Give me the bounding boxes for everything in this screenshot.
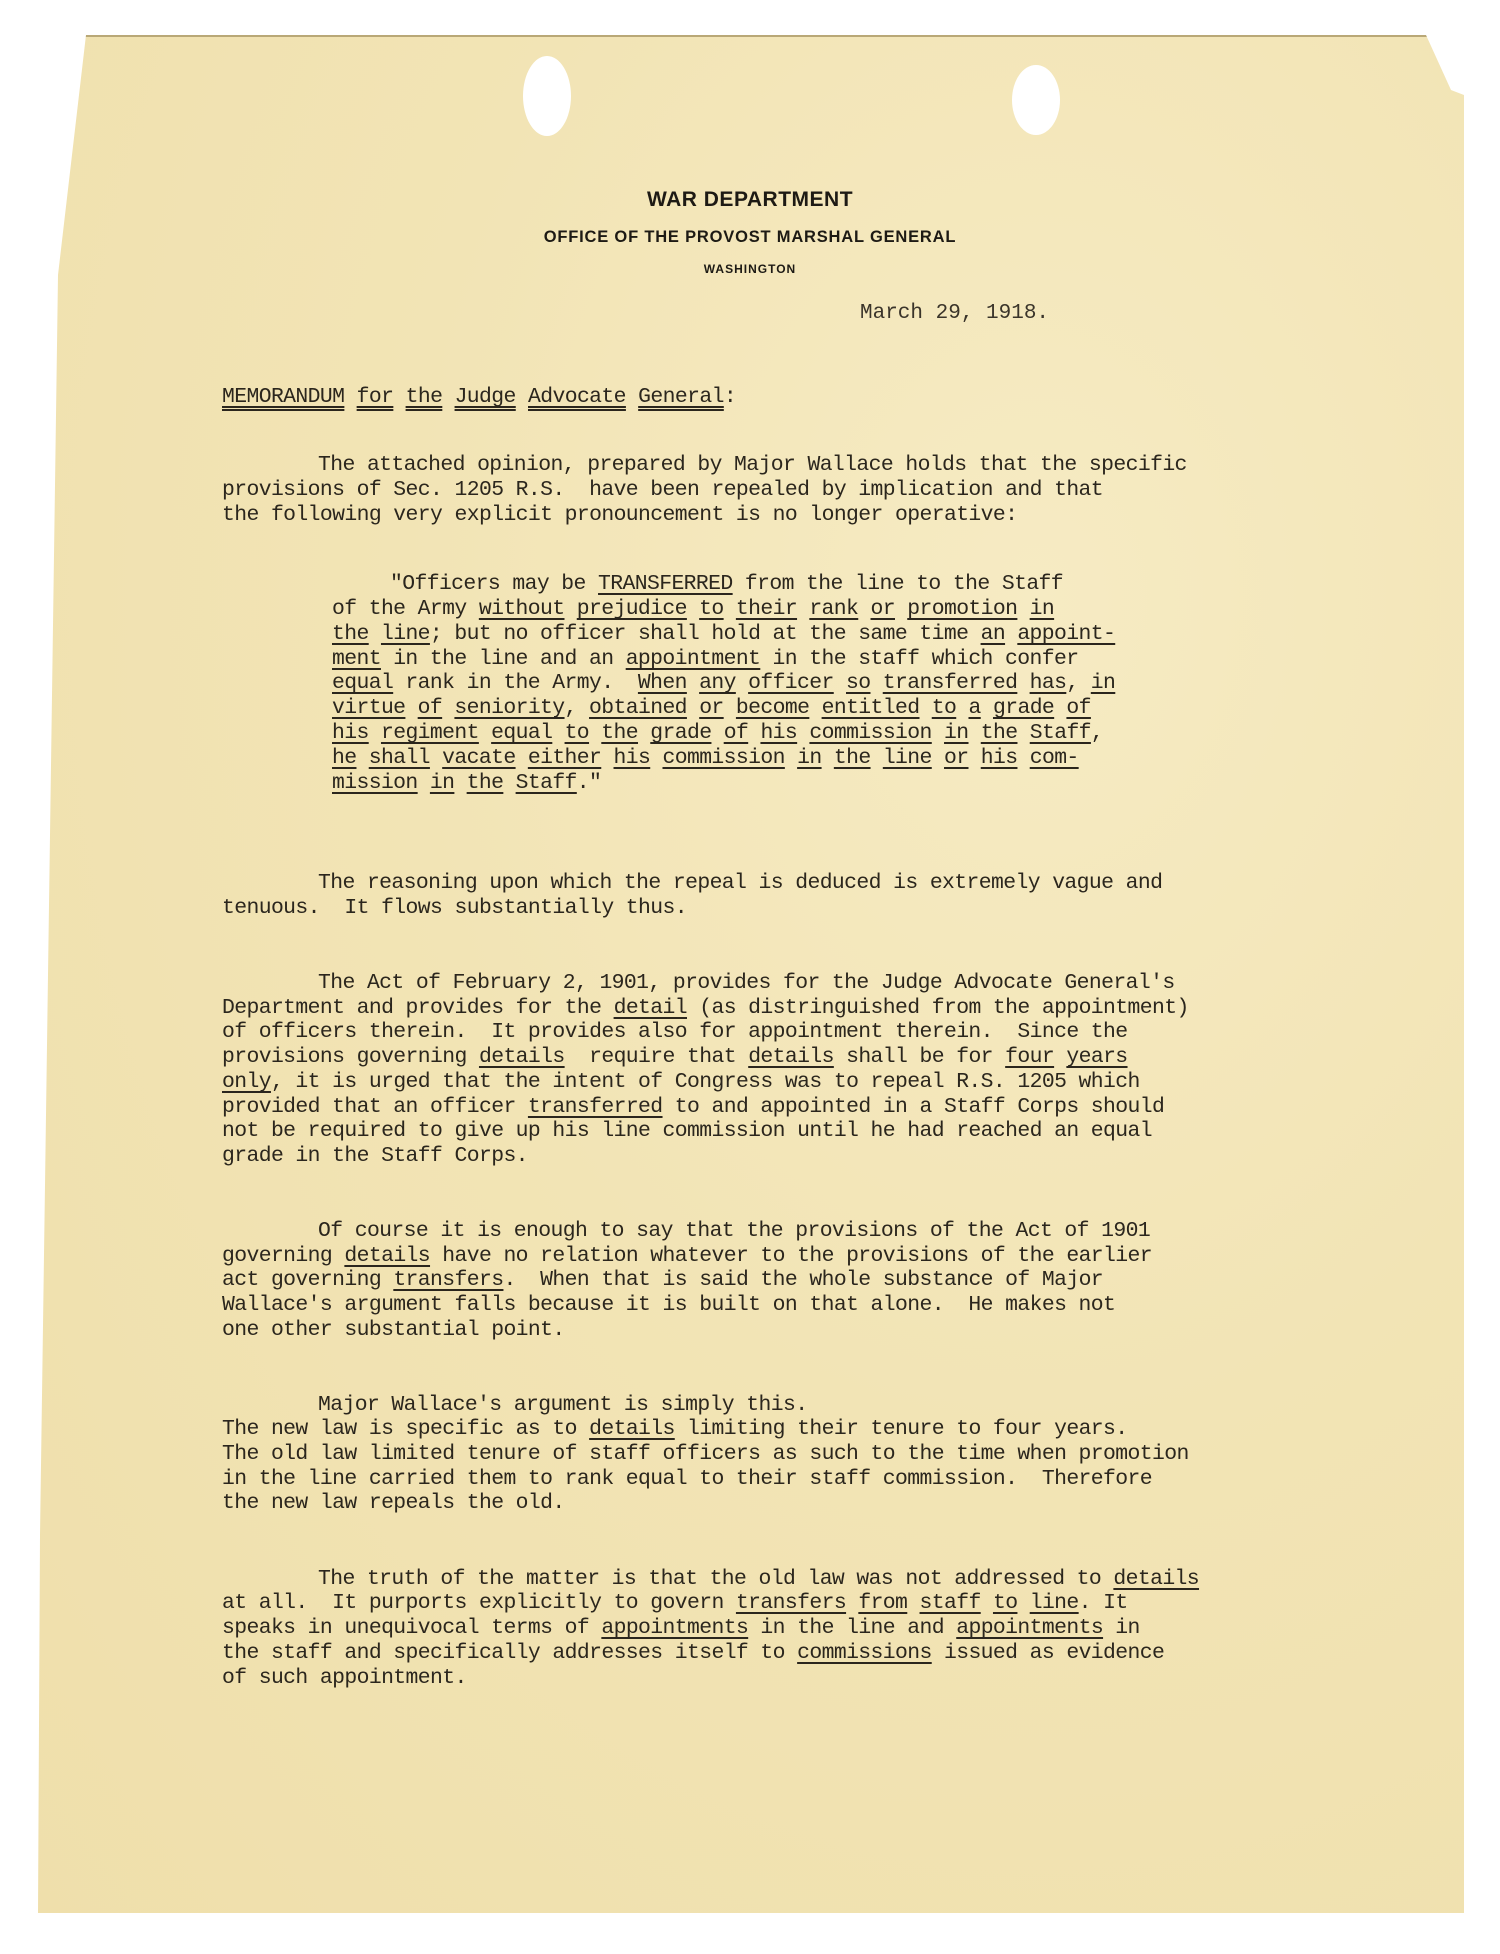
underlined-text: details <box>1113 1567 1199 1591</box>
underlined-text: of <box>418 696 442 720</box>
salutation-word: General <box>638 385 724 409</box>
underlined-text: transferred <box>883 671 1018 695</box>
text-run <box>809 696 821 720</box>
underlined-text: of <box>1066 696 1090 720</box>
underlined-text: appoint- <box>1017 622 1115 646</box>
text-run <box>956 696 968 720</box>
text-run: ." <box>577 771 601 795</box>
underlined-text: to <box>699 597 723 621</box>
paragraph-line: provisions of Sec. 1205 R.S. have been r… <box>222 478 1103 503</box>
underlined-text: his <box>332 721 369 745</box>
underlined-text: appointments <box>956 1616 1103 1640</box>
underlined-text: commission <box>662 746 784 770</box>
underlined-text: promotion <box>907 597 1017 621</box>
text-run <box>1054 1045 1066 1069</box>
paragraph-line: the staff and specifically addresses its… <box>222 1641 1164 1666</box>
underlined-text: commission <box>809 721 931 745</box>
text-run: . When that is said the whole substance … <box>503 1268 1103 1292</box>
paragraph-line: The truth of the matter is that the old … <box>318 1567 1199 1592</box>
text-run <box>454 771 466 795</box>
underlined-text: the <box>332 622 369 646</box>
memo-date: March 29, 1918. <box>860 302 1049 325</box>
quoted-statute-line: the line; but no officer shall hold at t… <box>332 622 1115 647</box>
text-run: the following very explicit pronouncemen… <box>222 503 1017 527</box>
paragraph-line: governing details have no relation whate… <box>222 1244 1152 1269</box>
underlined-text: regiment <box>381 721 479 745</box>
text-run: The old law limited tenure of staff offi… <box>222 1442 1189 1466</box>
underlined-text: has <box>1030 671 1067 695</box>
underlined-text: mission <box>332 771 418 795</box>
text-run: , <box>565 696 589 720</box>
underlined-text: he <box>332 746 356 770</box>
text-run <box>405 696 417 720</box>
text-run: issued as evidence <box>932 1641 1165 1665</box>
underlined-text: in <box>944 721 968 745</box>
underlined-text: the <box>834 746 871 770</box>
paragraph-line: tenuous. It flows substantially thus. <box>222 896 687 921</box>
text-run: ; but no officer shall hold at the same … <box>430 622 981 646</box>
paragraph-line: The Act of February 2, 1901, provides fo… <box>318 971 1175 996</box>
text-run: in <box>1103 1616 1140 1640</box>
text-run <box>785 746 797 770</box>
paragraph-line: only, it is urged that the intent of Con… <box>222 1070 1140 1095</box>
underlined-text: only <box>222 1070 271 1094</box>
text-run <box>748 721 760 745</box>
paragraph-line: provisions governing details require tha… <box>222 1045 1128 1070</box>
text-run: speaks in unequivocal terms of <box>222 1616 601 1640</box>
underlined-text: When <box>638 671 687 695</box>
punch-hole-left <box>523 56 571 136</box>
paragraph-line: The reasoning upon which the repeal is d… <box>318 871 1162 896</box>
underlined-text: details <box>344 1244 430 1268</box>
underlined-text: details <box>479 1045 565 1069</box>
underlined-text: any <box>699 671 736 695</box>
underlined-text: line <box>883 746 932 770</box>
text-run <box>442 696 454 720</box>
paragraph-line: of such appointment. <box>222 1666 467 1691</box>
salutation-word: MEMORANDUM <box>222 385 344 409</box>
text-run <box>479 721 491 745</box>
paragraph-line: in the line carried them to rank equal t… <box>222 1467 1152 1492</box>
paragraph-line: Wallace's argument falls because it is b… <box>222 1293 1115 1318</box>
text-run <box>920 696 932 720</box>
text-run: rank in the Army. <box>393 671 638 695</box>
letterhead-office: OFFICE OF THE PROVOST MARSHAL GENERAL <box>0 228 1500 247</box>
text-run: in the line and <box>748 1616 956 1640</box>
underlined-text: vacate <box>442 746 515 770</box>
text-run <box>834 671 846 695</box>
salutation-word <box>344 385 356 409</box>
paragraph-line: The old law limited tenure of staff offi… <box>222 1442 1189 1467</box>
text-run <box>1017 746 1029 770</box>
text-run: , <box>1091 721 1103 745</box>
text-run <box>650 746 662 770</box>
text-run <box>932 746 944 770</box>
salutation-word <box>626 385 638 409</box>
memo-salutation: MEMORANDUM for the Judge Advocate Genera… <box>222 385 736 410</box>
text-run <box>870 671 882 695</box>
salutation-word <box>393 385 405 409</box>
text-run: not be required to give up his line comm… <box>222 1119 1152 1143</box>
text-run: to and appointed in a Staff Corps should <box>663 1095 1165 1119</box>
underlined-text: equal <box>491 721 552 745</box>
text-run <box>1005 622 1017 646</box>
text-run <box>687 671 699 695</box>
text-run <box>895 597 907 621</box>
text-run <box>1017 721 1029 745</box>
quoted-statute-line: of the Army without prejudice to their r… <box>332 597 1054 622</box>
underlined-text: Staff <box>1030 721 1091 745</box>
letterhead-city: WASHINGTON <box>0 262 1500 276</box>
text-run: The attached opinion, prepared by Major … <box>318 453 1187 477</box>
underlined-text: shall <box>369 746 430 770</box>
text-run <box>969 746 981 770</box>
paragraph-line: at all. It purports explicitly to govern… <box>222 1591 1128 1616</box>
text-run: the new law repeals the old. <box>222 1491 565 1515</box>
text-run <box>907 1591 919 1615</box>
text-run <box>369 721 381 745</box>
text-run <box>932 721 944 745</box>
text-run <box>797 721 809 745</box>
text-run: , it is urged that the intent of Congres… <box>271 1070 1140 1094</box>
text-run: The reasoning upon which the repeal is d… <box>318 871 1162 895</box>
underlined-text: in <box>1091 671 1115 695</box>
underlined-text: line <box>381 622 430 646</box>
underlined-text: transfers <box>736 1591 846 1615</box>
text-run <box>822 746 834 770</box>
quoted-statute-line: his regiment equal to the grade of his c… <box>332 721 1103 746</box>
text-run: Major Wallace's argument is simply this. <box>318 1393 807 1417</box>
underlined-text: prejudice <box>577 597 687 621</box>
text-run <box>969 721 981 745</box>
salutation-word: Judge <box>455 385 516 409</box>
underlined-text: so <box>846 671 870 695</box>
underlined-text: line <box>1030 1591 1079 1615</box>
paragraph-line: grade in the Staff Corps. <box>222 1144 528 1169</box>
text-run: provisions of Sec. 1205 R.S. have been r… <box>222 478 1103 502</box>
text-run <box>1017 671 1029 695</box>
text-run <box>565 597 577 621</box>
underlined-text: entitled <box>822 696 920 720</box>
paragraph-line: Of course it is enough to say that the p… <box>318 1219 1150 1244</box>
quoted-statute-line: "Officers may be TRANSFERRED from the li… <box>390 572 1063 597</box>
underlined-text: commissions <box>797 1641 932 1665</box>
underlined-text: virtue <box>332 696 405 720</box>
underlined-text: Staff <box>516 771 577 795</box>
text-run <box>516 746 528 770</box>
underlined-text: the <box>601 721 638 745</box>
salutation-word: the <box>406 385 443 409</box>
underlined-text: become <box>736 696 809 720</box>
underlined-text: in <box>430 771 454 795</box>
text-run <box>724 597 736 621</box>
text-run <box>1017 1591 1029 1615</box>
text-run: "Officers may be <box>390 572 598 596</box>
quoted-statute-line: mission in the Staff." <box>332 771 601 796</box>
text-run <box>503 771 515 795</box>
quoted-statute-line: ment in the line and an appointment in t… <box>332 647 1078 672</box>
text-run: Department and provides for the <box>222 996 614 1020</box>
salutation-word: Advocate <box>528 385 626 409</box>
underlined-text: transfers <box>393 1268 503 1292</box>
text-run: provisions governing <box>222 1045 479 1069</box>
underlined-text: grade <box>993 696 1054 720</box>
paragraph-line: Department and provides for the detail (… <box>222 996 1189 1021</box>
underlined-text: without <box>479 597 565 621</box>
underlined-text: to <box>565 721 589 745</box>
underlined-text: four <box>1005 1045 1054 1069</box>
text-run <box>736 671 748 695</box>
salutation-word: : <box>724 385 736 409</box>
underlined-text: transferred <box>528 1095 663 1119</box>
underlined-text: staff <box>920 1591 981 1615</box>
salutation-word <box>516 385 528 409</box>
text-run <box>369 622 381 646</box>
paragraph-line: speaks in unequivocal terms of appointme… <box>222 1616 1140 1641</box>
paragraph-line: the new law repeals the old. <box>222 1491 565 1516</box>
text-run: act governing <box>222 1268 393 1292</box>
underlined-text: equal <box>332 671 393 695</box>
underlined-text: to <box>993 1591 1017 1615</box>
underlined-text: his <box>981 746 1018 770</box>
text-run <box>724 696 736 720</box>
text-run <box>846 1591 858 1615</box>
paragraph-line: of officers therein. It provides also fo… <box>222 1020 1128 1045</box>
paragraph-line: The attached opinion, prepared by Major … <box>318 453 1187 478</box>
text-run: in the line carried them to rank equal t… <box>222 1467 1152 1491</box>
text-run <box>1054 696 1066 720</box>
underlined-text: or <box>871 597 895 621</box>
underlined-text: grade <box>650 721 711 745</box>
underlined-text: or <box>944 746 968 770</box>
text-run: of such appointment. <box>222 1666 467 1690</box>
text-run: governing <box>222 1244 344 1268</box>
text-run: . It <box>1079 1591 1128 1615</box>
text-run <box>601 746 613 770</box>
text-run <box>418 771 430 795</box>
paragraph-line: the following very explicit pronouncemen… <box>222 503 1017 528</box>
underlined-text: years <box>1066 1045 1127 1069</box>
text-run: in the line and an <box>381 647 626 671</box>
text-run: , <box>1066 671 1090 695</box>
underlined-text: his <box>614 746 651 770</box>
underlined-text: from <box>858 1591 907 1615</box>
text-run: one other substantial point. <box>222 1318 565 1342</box>
underlined-text: a <box>968 696 980 720</box>
underlined-text: seniority <box>454 696 564 720</box>
text-run: Of course it is enough to say that the p… <box>318 1219 1150 1243</box>
text-run: The Act of February 2, 1901, provides fo… <box>318 971 1175 995</box>
text-run: from the line to the Staff <box>733 572 1063 596</box>
text-run: tenuous. It flows substantially thus. <box>222 896 687 920</box>
underlined-text: appointment <box>626 647 761 671</box>
quoted-statute-line: he shall vacate either his commission in… <box>332 746 1079 771</box>
underlined-text: in <box>1030 597 1054 621</box>
underlined-text: or <box>699 696 723 720</box>
underlined-text: officer <box>748 671 834 695</box>
underlined-text: their <box>736 597 797 621</box>
underlined-text: his <box>760 721 797 745</box>
text-run <box>356 746 368 770</box>
underlined-text: rank <box>809 597 858 621</box>
paragraph-line: one other substantial point. <box>222 1318 565 1343</box>
underlined-text: in <box>797 746 821 770</box>
text-run <box>638 721 650 745</box>
underlined-text: the <box>467 771 504 795</box>
text-run <box>858 597 870 621</box>
underlined-text: obtained <box>589 696 687 720</box>
text-run: Wallace's argument falls because it is b… <box>222 1293 1115 1317</box>
underlined-text: details <box>748 1045 834 1069</box>
paragraph-line: provided that an officer transferred to … <box>222 1095 1164 1120</box>
underlined-text: the <box>981 721 1018 745</box>
salutation-word <box>442 385 454 409</box>
text-run: require that <box>565 1045 749 1069</box>
text-run <box>711 721 723 745</box>
underlined-text: TRANSFERRED <box>598 572 733 596</box>
paragraph-line: Major Wallace's argument is simply this. <box>318 1393 807 1418</box>
text-run: have no relation whatever to the provisi… <box>430 1244 1152 1268</box>
text-run: in the staff which confer <box>760 647 1078 671</box>
paragraph-line: The new law is specific as to details li… <box>222 1417 1128 1442</box>
text-run <box>981 1591 993 1615</box>
text-run: (as distringuished from the appointment) <box>687 996 1189 1020</box>
text-run: the staff and specifically addresses its… <box>222 1641 797 1665</box>
underlined-text: detail <box>614 996 687 1020</box>
text-run <box>1017 597 1029 621</box>
underlined-text: ment <box>332 647 381 671</box>
salutation-word: for <box>357 385 394 409</box>
text-run <box>552 721 564 745</box>
paragraph-line: not be required to give up his line comm… <box>222 1119 1152 1144</box>
text-run: provided that an officer <box>222 1095 528 1119</box>
quoted-statute-line: virtue of seniority, obtained or become … <box>332 696 1091 721</box>
text-run: The new law is specific as to <box>222 1417 589 1441</box>
text-run: The truth of the matter is that the old … <box>318 1567 1113 1591</box>
text-run <box>797 597 809 621</box>
punch-hole-right <box>1012 65 1060 135</box>
text-run: grade in the Staff Corps. <box>222 1144 528 1168</box>
underlined-text: to <box>932 696 956 720</box>
text-run: of officers therein. It provides also fo… <box>222 1020 1128 1044</box>
text-run <box>589 721 601 745</box>
text-run <box>981 696 993 720</box>
quoted-statute-line: equal rank in the Army. When any officer… <box>332 671 1115 696</box>
text-run <box>687 597 699 621</box>
underlined-text: appointments <box>601 1616 748 1640</box>
text-run: shall be for <box>834 1045 1005 1069</box>
underlined-text: either <box>528 746 601 770</box>
text-run <box>430 746 442 770</box>
text-run: limiting their tenure to four years. <box>675 1417 1128 1441</box>
text-run: of the Army <box>332 597 479 621</box>
letterhead-department: WAR DEPARTMENT <box>0 188 1500 212</box>
underlined-text: an <box>981 622 1005 646</box>
text-run: at all. It purports explicitly to govern <box>222 1591 736 1615</box>
underlined-text: details <box>589 1417 675 1441</box>
text-run <box>871 746 883 770</box>
underlined-text: of <box>724 721 748 745</box>
paragraph-line: act governing transfers. When that is sa… <box>222 1268 1103 1293</box>
text-run <box>687 696 699 720</box>
underlined-text: com- <box>1030 746 1079 770</box>
